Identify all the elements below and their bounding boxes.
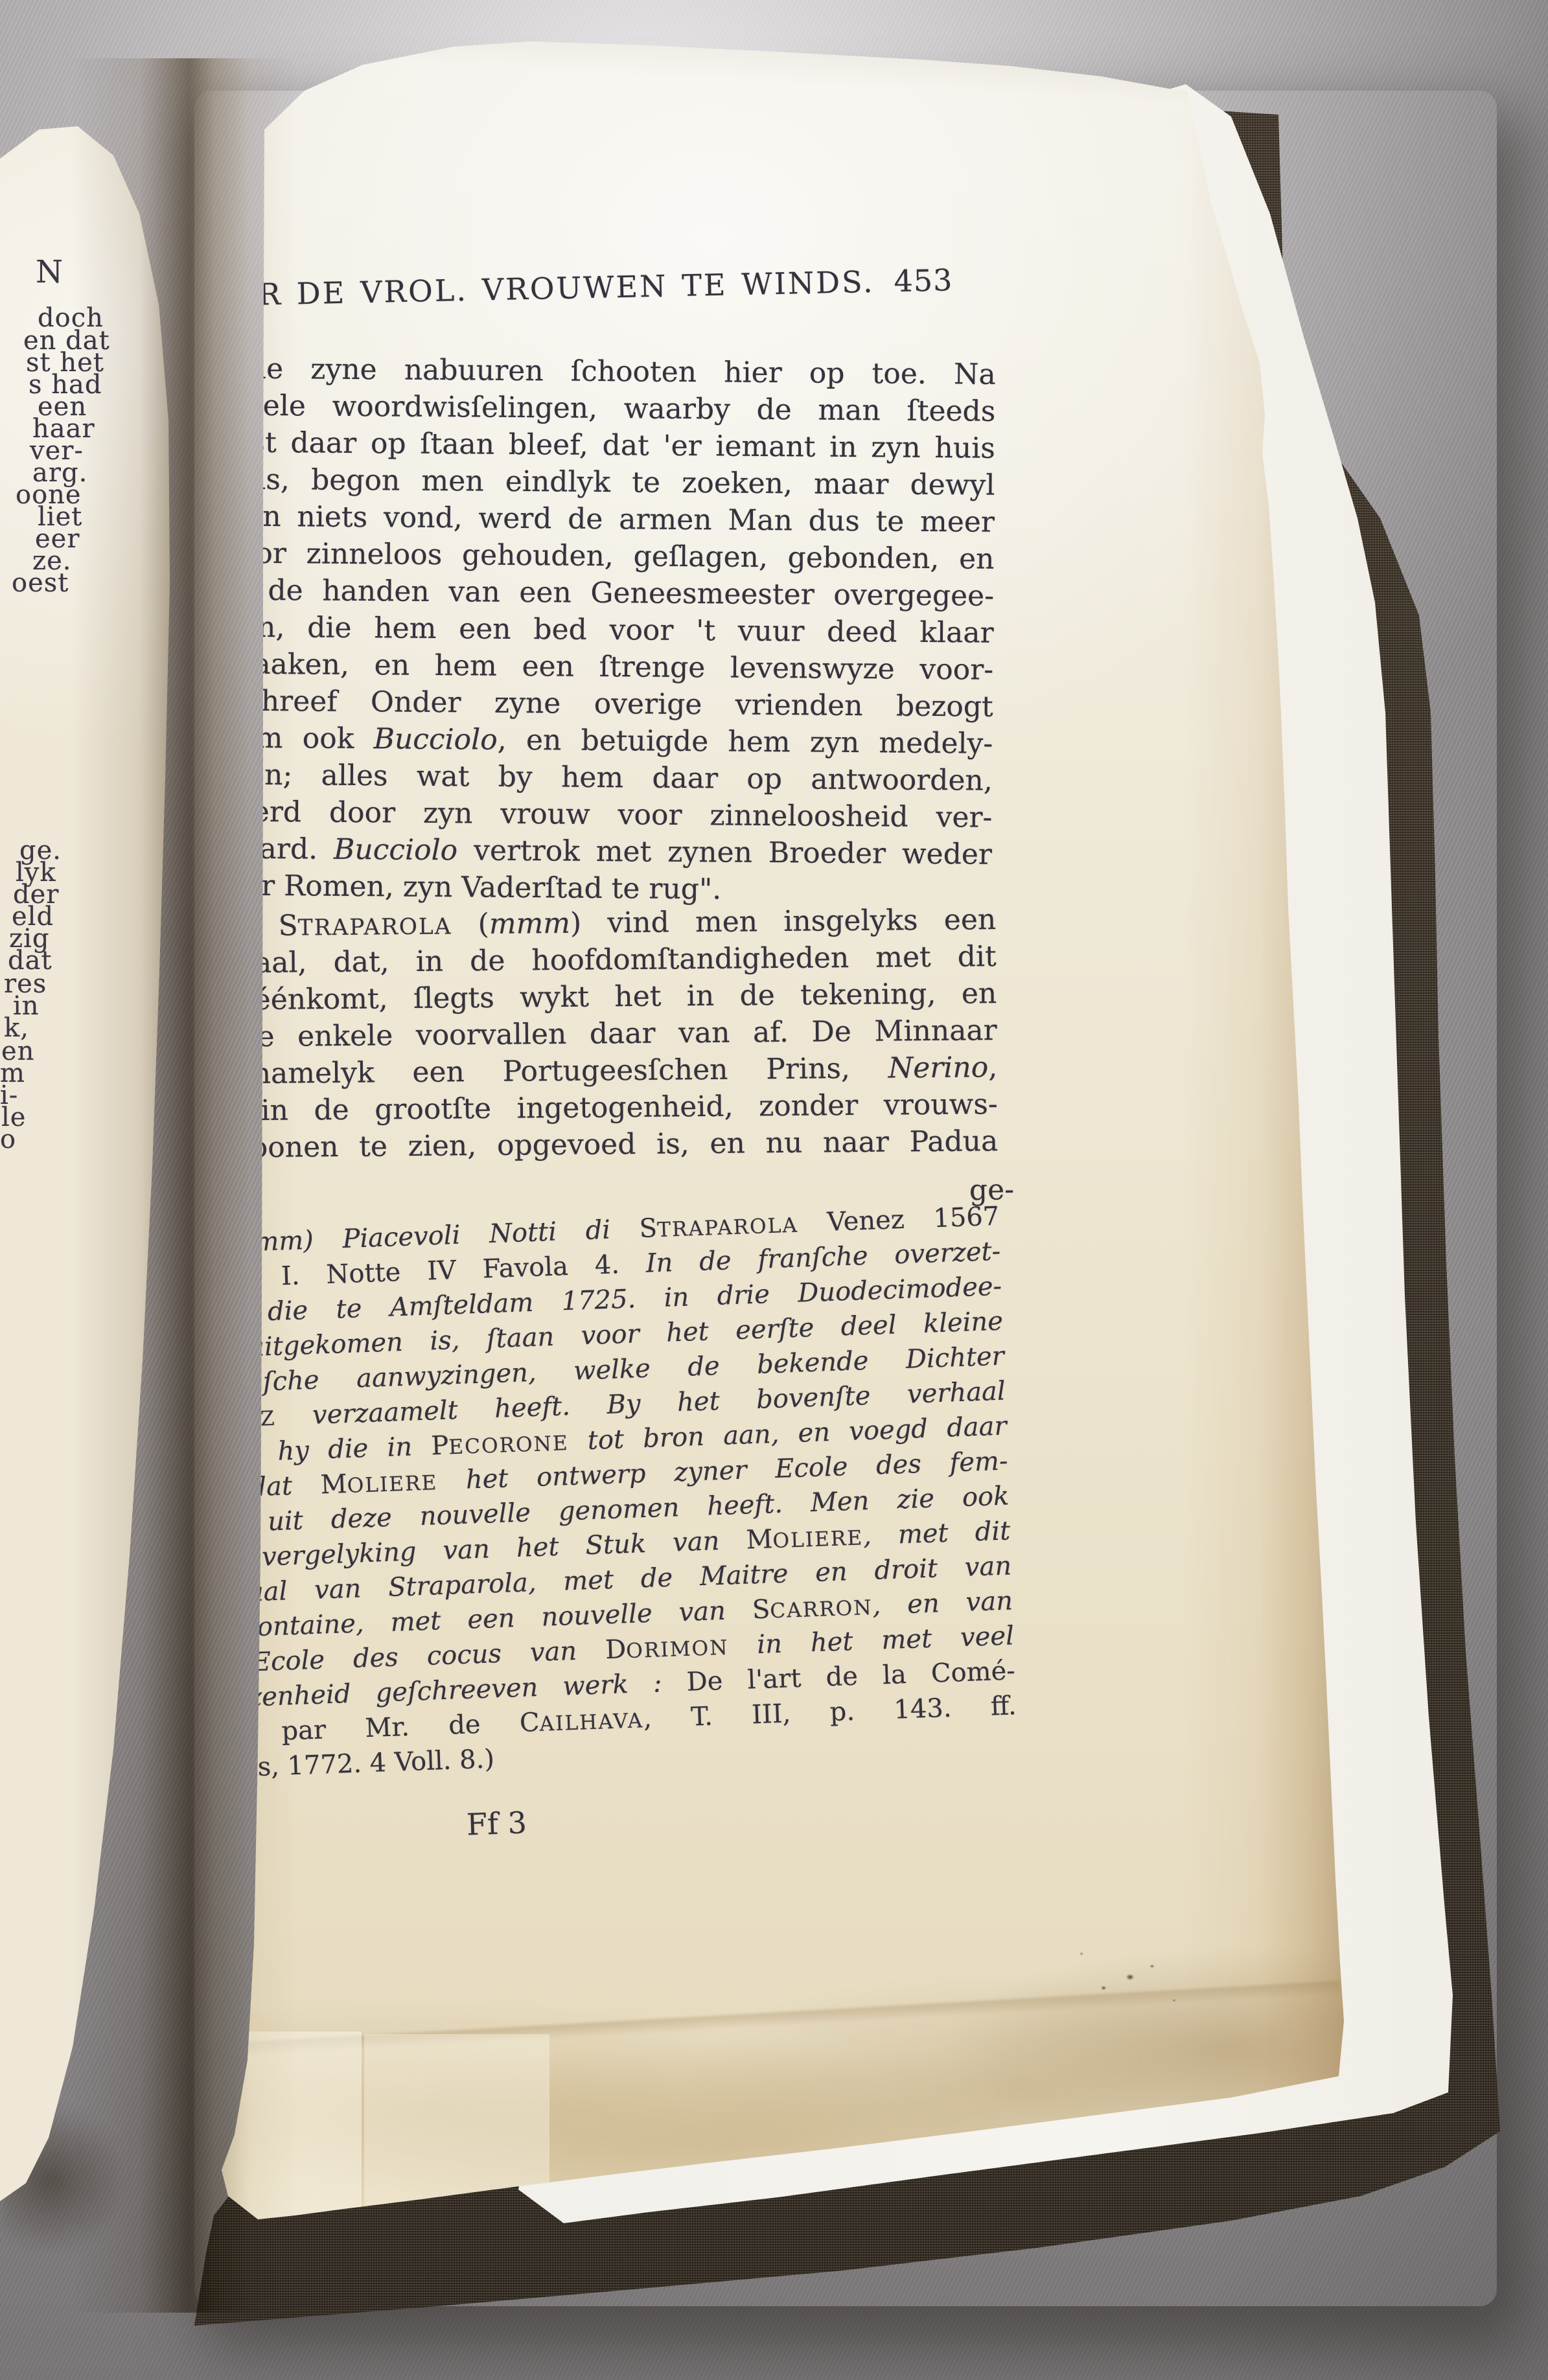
header-title: OVER DE VROL. VROUWEN TE WINDS.: [185, 264, 875, 314]
left-page-fragment: oest: [12, 568, 69, 598]
page-number: 453: [894, 262, 953, 299]
text-line: „ voor zinneloos gehouden, geſlagen, geb…: [187, 534, 994, 578]
text-line: „ alle zyne nabuuren ſchooten hier op to…: [189, 350, 996, 393]
running-header: OVER DE VROL. VROUWEN TE WINDS. 453: [185, 262, 953, 314]
text-line: „ was, begon men eindlyk te zoeken, maar…: [188, 461, 995, 504]
quoted-passage: „ alle zyne nabuuren ſchooten hier op to…: [185, 350, 996, 910]
photo-of-open-book: Ndochen datst hets hadeenhaarver-arg.oon…: [0, 0, 1548, 2380]
signature-mark: Ff 3: [466, 1805, 527, 1842]
text-line: „ den; alles wat by hem daar op antwoord…: [186, 756, 993, 799]
text-line: perſoonen te zien, opgevoed is, en nu na…: [191, 1123, 998, 1167]
ink-speckles: [998, 1892, 1218, 2047]
body-paragraph: By STRAPAROLA (mmm) vind men insgelyks e…: [189, 901, 998, 1167]
text-line: „ veele woordwisſelingen, waarby de man …: [189, 387, 995, 430]
text-line: „ ſchreef Onder zyne overige vrienden be…: [187, 682, 993, 726]
left-page-fragment: N: [36, 254, 64, 290]
text-line: „ ven, die hem een bed voor 't vuur deed…: [187, 608, 993, 652]
left-page-fragment: o: [0, 1125, 16, 1154]
text-line: „ men niets vond, werd de armen Man dus …: [188, 498, 995, 541]
text-line: „ in de handen van een Geneesmeester ove…: [187, 571, 994, 615]
footnote: (mmm) Piacevoli Notti di STRAPAROLA Vene…: [176, 1199, 1018, 1787]
text-line: „ maaken, en hem een ſtrenge levenswyze …: [187, 645, 993, 689]
text-line: „ werd door zyn vrouw voor zinneloosheid…: [185, 793, 992, 836]
text-line: „ hem ook Bucciolo, en betuigde hem zyn …: [186, 719, 993, 762]
text-line: „ klaard. Bucciolo vertrok met zynen Bro…: [185, 830, 992, 873]
text-line: „ vast daar op ſtaan bleef, dat 'er iema…: [189, 424, 995, 467]
